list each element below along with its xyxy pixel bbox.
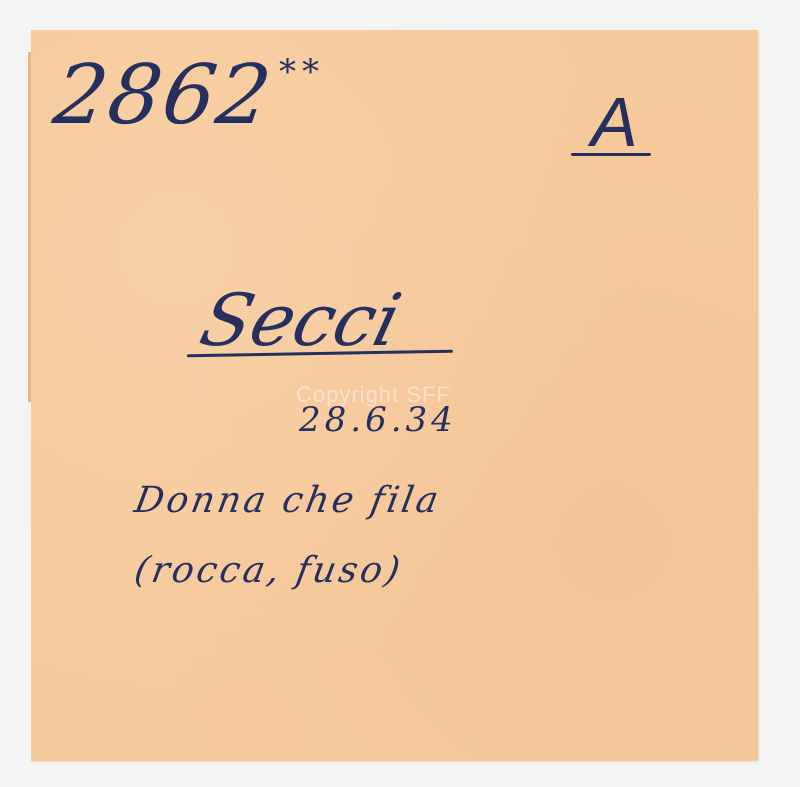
title-line-1: Donna che fila (131, 480, 444, 521)
date: 28.6.34 (299, 400, 457, 440)
author-name: Secci (193, 278, 410, 362)
index-card: 2862 ** A Secci Copyright SFF 28.6.34 Do… (31, 30, 758, 761)
star-marks-icon: ** (279, 52, 325, 92)
title-line-2: (rocca, fuso) (131, 550, 406, 591)
series-letter: A (591, 82, 638, 162)
card-edge (28, 52, 31, 402)
catalog-number: 2862 (48, 48, 278, 143)
series-letter-underline (571, 153, 651, 156)
